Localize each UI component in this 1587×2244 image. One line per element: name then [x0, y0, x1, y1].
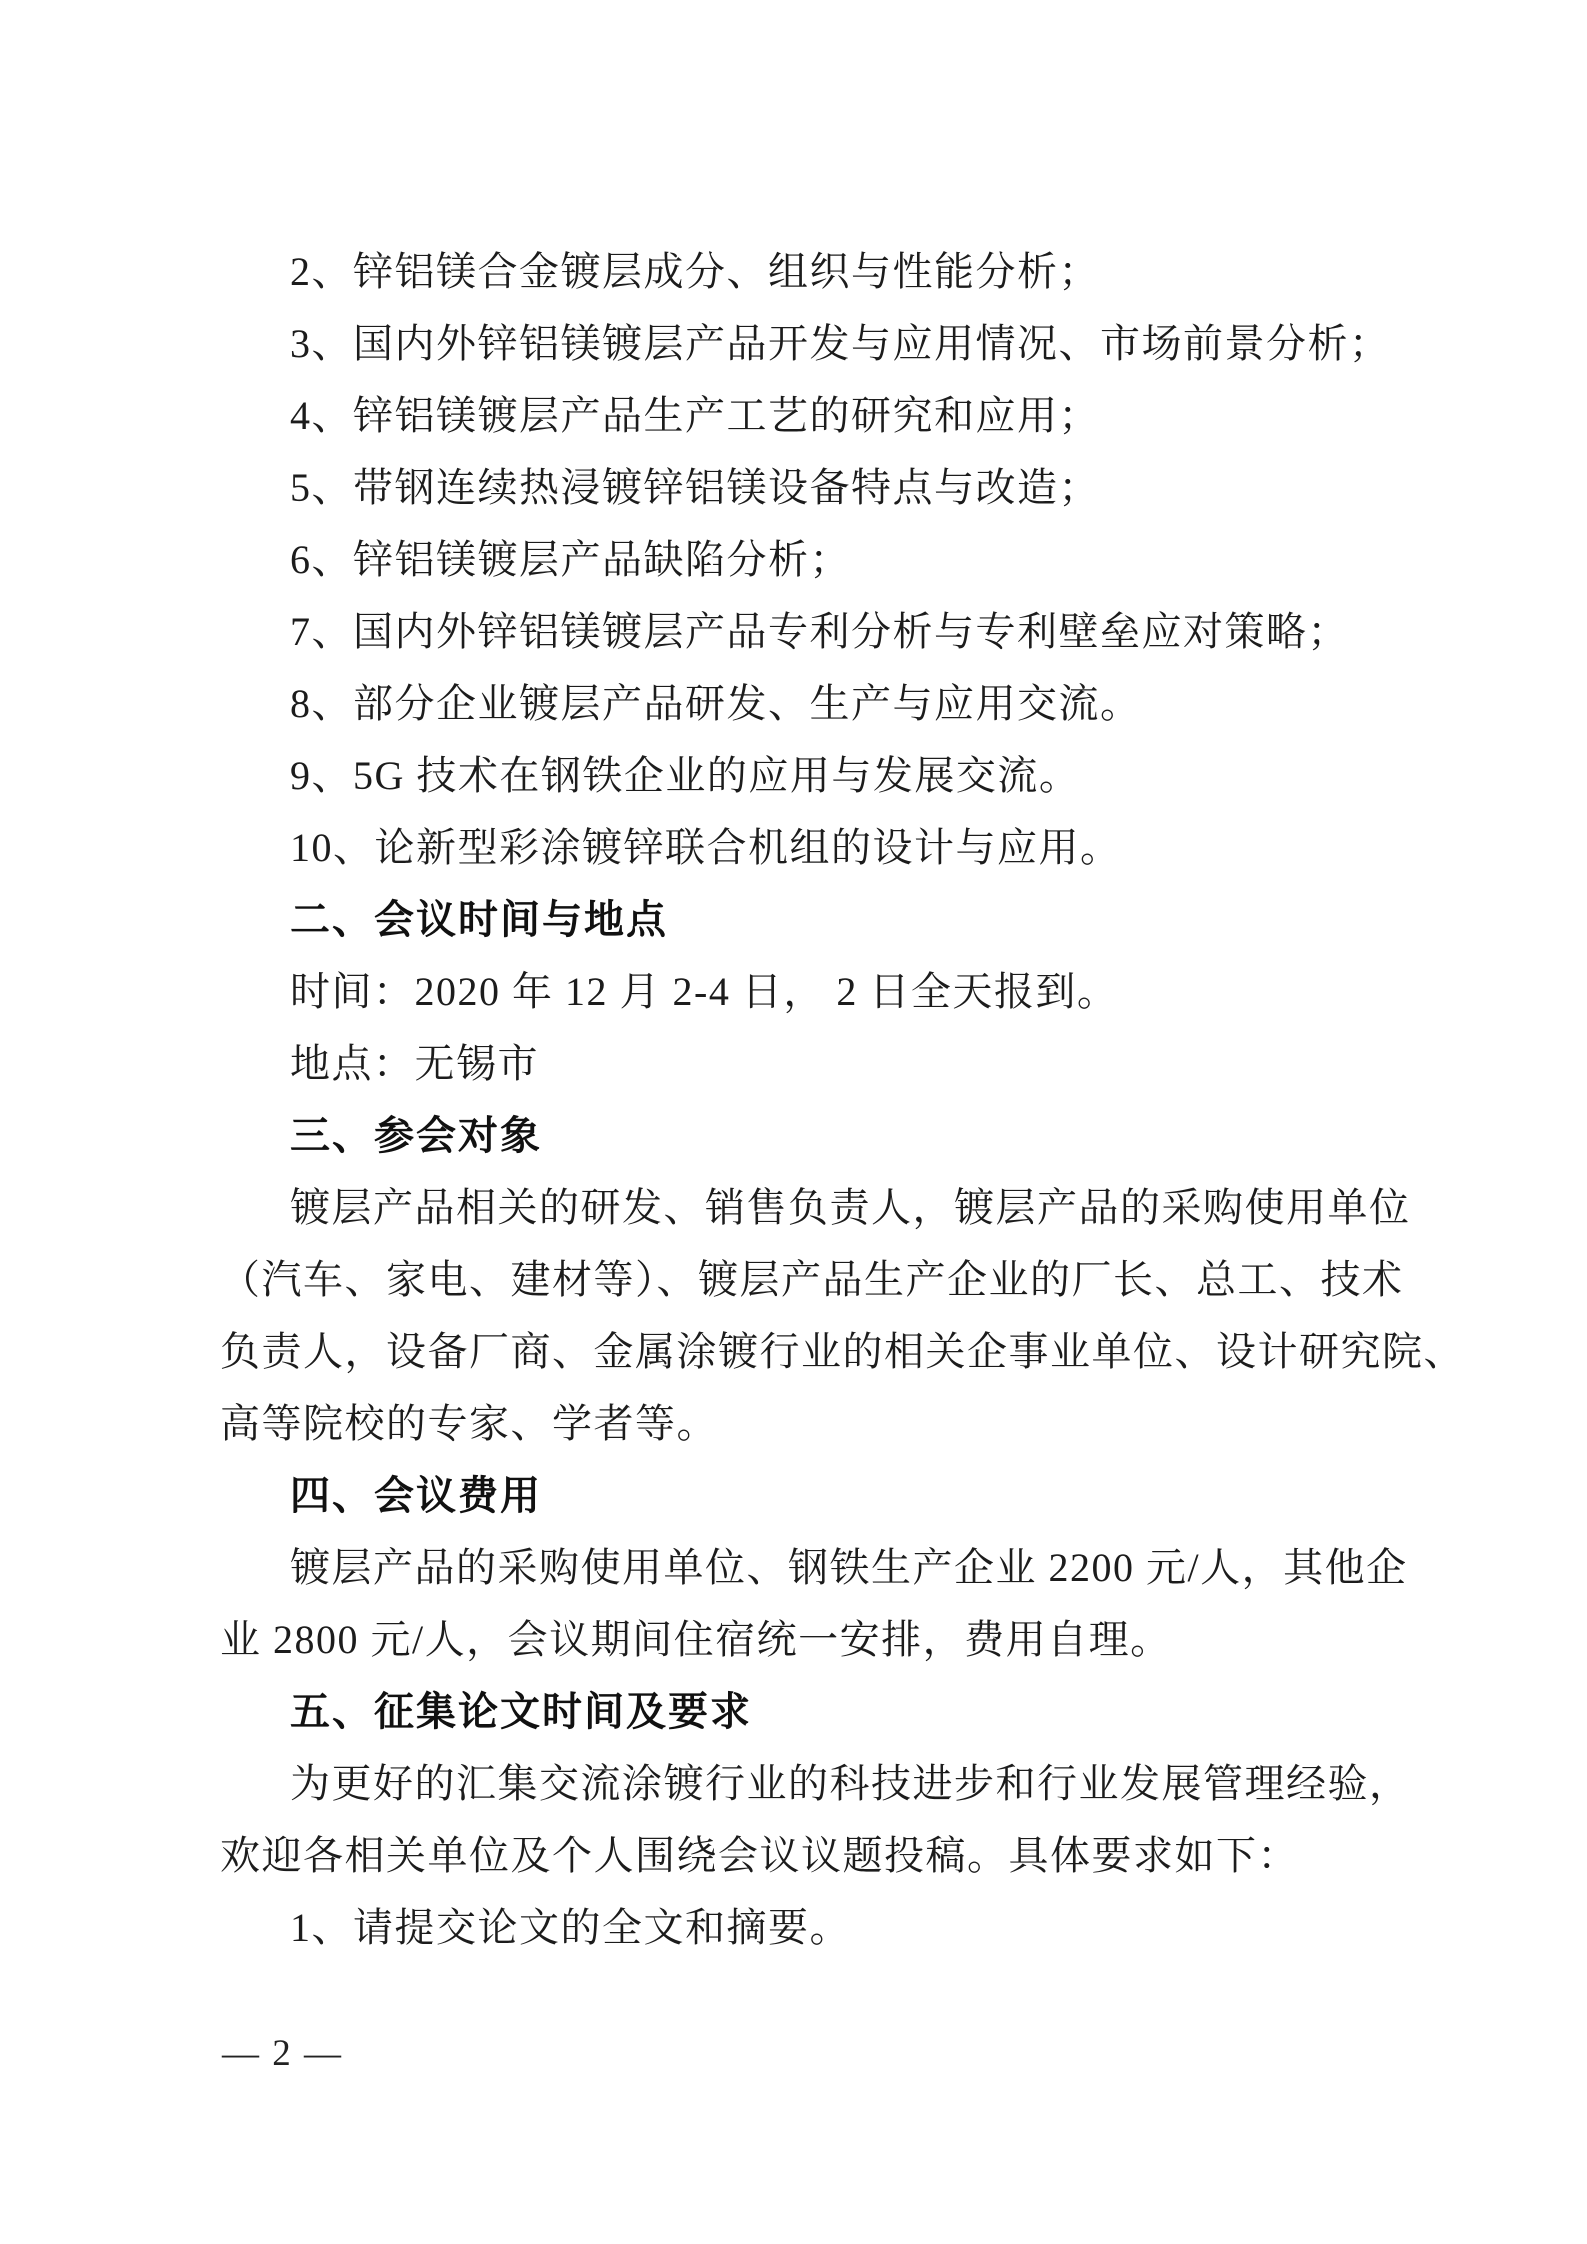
text-line: 高等院校的专家、学者等。: [220, 1388, 1450, 1460]
text-line: 时间：2020 年 12 月 2-4 日， 2 日全天报到。: [220, 956, 1450, 1028]
text-line: 地点：无锡市: [220, 1028, 1450, 1100]
text-line: 3、国内外锌铝镁镀层产品开发与应用情况、市场前景分析；: [220, 308, 1450, 380]
text-line: 负责人，设备厂商、金属涂镀行业的相关企事业单位、设计研究院、: [220, 1316, 1450, 1388]
text-line: 为更好的汇集交流涂镀行业的科技进步和行业发展管理经验，: [220, 1748, 1450, 1820]
text-line: 镀层产品相关的研发、销售负责人，镀层产品的采购使用单位: [220, 1172, 1450, 1244]
text-line: 2、锌铝镁合金镀层成分、组织与性能分析；: [220, 236, 1450, 308]
text-line: 欢迎各相关单位及个人围绕会议议题投稿。具体要求如下：: [220, 1820, 1450, 1892]
text-line: 7、国内外锌铝镁镀层产品专利分析与专利壁垒应对策略；: [220, 596, 1450, 668]
text-line: 镀层产品的采购使用单位、钢铁生产企业 2200 元/人，其他企: [220, 1532, 1450, 1604]
text-line: 9、5G 技术在钢铁企业的应用与发展交流。: [220, 740, 1450, 812]
document-page: 2、锌铝镁合金镀层成分、组织与性能分析；3、国内外锌铝镁镀层产品开发与应用情况、…: [0, 0, 1587, 2244]
page-number-footer: — 2 —: [222, 2030, 343, 2078]
section-heading: 三、参会对象: [220, 1100, 1450, 1172]
text-line: 8、部分企业镀层产品研发、生产与应用交流。: [220, 668, 1450, 740]
text-line: （汽车、家电、建材等）、镀层产品生产企业的厂长、总工、技术: [220, 1244, 1450, 1316]
text-line: 10、论新型彩涂镀锌联合机组的设计与应用。: [220, 812, 1450, 884]
text-line: 1、请提交论文的全文和摘要。: [220, 1892, 1450, 1964]
text-line: 4、锌铝镁镀层产品生产工艺的研究和应用；: [220, 380, 1450, 452]
text-line: 5、带钢连续热浸镀锌铝镁设备特点与改造；: [220, 452, 1450, 524]
text-line: 6、锌铝镁镀层产品缺陷分析；: [220, 524, 1450, 596]
section-heading: 五、征集论文时间及要求: [220, 1676, 1450, 1748]
text-line: 业 2800 元/人，会议期间住宿统一安排，费用自理。: [220, 1604, 1450, 1676]
document-lines: 2、锌铝镁合金镀层成分、组织与性能分析；3、国内外锌铝镁镀层产品开发与应用情况、…: [220, 236, 1450, 1964]
section-heading: 二、会议时间与地点: [220, 884, 1450, 956]
section-heading: 四、会议费用: [220, 1460, 1450, 1532]
